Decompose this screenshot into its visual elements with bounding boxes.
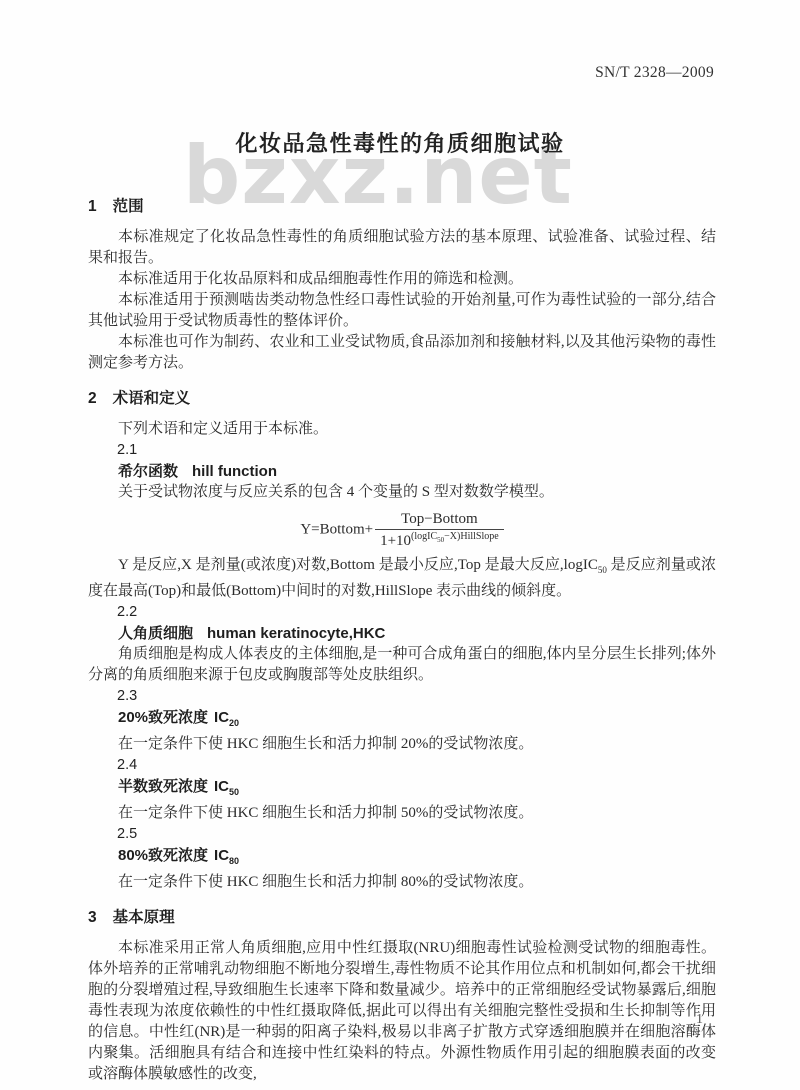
term-number: 2.4 (88, 755, 716, 776)
section-title: 基本原理 (113, 909, 175, 926)
paragraph: 本标准也可作为制药、农业和工业受试物质,食品添加剂和接触材料,以及其他污染物的毒… (88, 332, 716, 374)
section-number: 2 (88, 390, 97, 407)
symbol-base: IC (214, 847, 229, 864)
note-text: Y 是反应,X 是剂量(或浓度)对数,Bottom 是最小反应,Top 是最大反… (118, 557, 598, 573)
term-en: human keratinocyte,HKC (207, 625, 385, 642)
term-number: 2.2 (88, 602, 716, 623)
equation-lhs: Y=Bottom+ (300, 521, 373, 537)
equation-fraction: Top−Bottom1+10(logIC50−X)HillSlope (375, 510, 504, 550)
term-definition: 角质细胞是构成人体表皮的主体细胞,是一种可合成角蛋白的细胞,体内呈分层生长排列;… (88, 644, 716, 686)
section-title: 范围 (113, 198, 144, 215)
term-definition: 关于受试物浓度与反应关系的包含 4 个变量的 S 型对数数学模型。 (88, 482, 716, 503)
exponent-post: −X)HillSlope (444, 531, 499, 542)
document-title: 化妆品急性毒性的角质细胞试验 (0, 127, 800, 158)
symbol-base: IC (214, 778, 229, 795)
standard-number: SN/T 2328—2009 (595, 64, 714, 82)
equation-note: Y 是反应,X 是剂量(或浓度)对数,Bottom 是最小反应,Top 是最大反… (88, 555, 716, 602)
term-title: 20%致死浓度IC20 (88, 707, 716, 734)
denominator-exponent: (logIC50−X)HillSlope (411, 531, 499, 542)
term-zh: 人角质细胞 (118, 625, 193, 642)
section-number: 1 (88, 198, 97, 215)
exponent-pre: (logIC (411, 531, 437, 542)
term-number: 2.5 (88, 824, 716, 845)
term-zh: 半数致死浓度 (118, 778, 208, 795)
section-number: 3 (88, 909, 97, 926)
term-symbol: IC20 (214, 709, 239, 726)
term-zh: 80%致死浓度 (118, 847, 208, 864)
section-heading-principle: 3基本原理 (88, 907, 716, 928)
term-number: 2.3 (88, 686, 716, 707)
section-heading-terms: 2术语和定义 (88, 388, 716, 409)
term-symbol: IC50 (214, 778, 239, 795)
term-title: 人角质细胞human keratinocyte,HKC (88, 623, 716, 644)
symbol-subscript: 80 (229, 856, 239, 866)
symbol-subscript: 50 (229, 787, 239, 797)
page-number: 1 (696, 1012, 703, 1028)
term-symbol: IC80 (214, 847, 239, 864)
section-heading-scope: 1范围 (88, 196, 716, 217)
paragraph: 本标准规定了化妆品急性毒性的角质细胞试验方法的基本原理、试验准备、试验过程、结果… (88, 227, 716, 269)
symbol-subscript: 20 (229, 718, 239, 728)
term-en: hill function (192, 463, 277, 480)
term-zh: 20%致死浓度 (118, 709, 208, 726)
term-definition: 在一定条件下使 HKC 细胞生长和活力抑制 80%的受试物浓度。 (88, 872, 716, 893)
term-definition: 在一定条件下使 HKC 细胞生长和活力抑制 20%的受试物浓度。 (88, 734, 716, 755)
term-title: 半数致死浓度IC50 (88, 776, 716, 803)
term-title: 80%致死浓度IC80 (88, 845, 716, 872)
paragraph: 本标准适用于化妆品原料和成品细胞毒性作用的筛选和检测。 (88, 269, 716, 290)
paragraph: 本标准采用正常人角质细胞,应用中性红摄取(NRU)细胞毒性试验检测受试物的细胞毒… (88, 938, 716, 1085)
denominator-base: 1+10 (380, 533, 411, 549)
equation-numerator: Top−Bottom (375, 510, 504, 530)
paragraph: 下列术语和定义适用于本标准。 (88, 419, 716, 440)
document-page: SN/T 2328—2009 bzxz.net 化妆品急性毒性的角质细胞试验 1… (0, 0, 800, 1090)
equation-denominator: 1+10(logIC50−X)HillSlope (375, 530, 504, 550)
term-zh: 希尔函数 (118, 463, 178, 480)
paragraph: 本标准适用于预测啮齿类动物急性经口毒性试验的开始剂量,可作为毒性试验的一部分,结… (88, 290, 716, 332)
document-body: 1范围 本标准规定了化妆品急性毒性的角质细胞试验方法的基本原理、试验准备、试验过… (88, 196, 716, 1085)
term-definition: 在一定条件下使 HKC 细胞生长和活力抑制 50%的受试物浓度。 (88, 803, 716, 824)
hill-equation: Y=Bottom+Top−Bottom1+10(logIC50−X)HillSl… (88, 510, 716, 550)
term-title: 希尔函数hill function (88, 461, 716, 482)
term-number: 2.1 (88, 440, 716, 461)
note-subscript: 50 (598, 565, 607, 575)
symbol-base: IC (214, 709, 229, 726)
section-title: 术语和定义 (113, 390, 191, 407)
